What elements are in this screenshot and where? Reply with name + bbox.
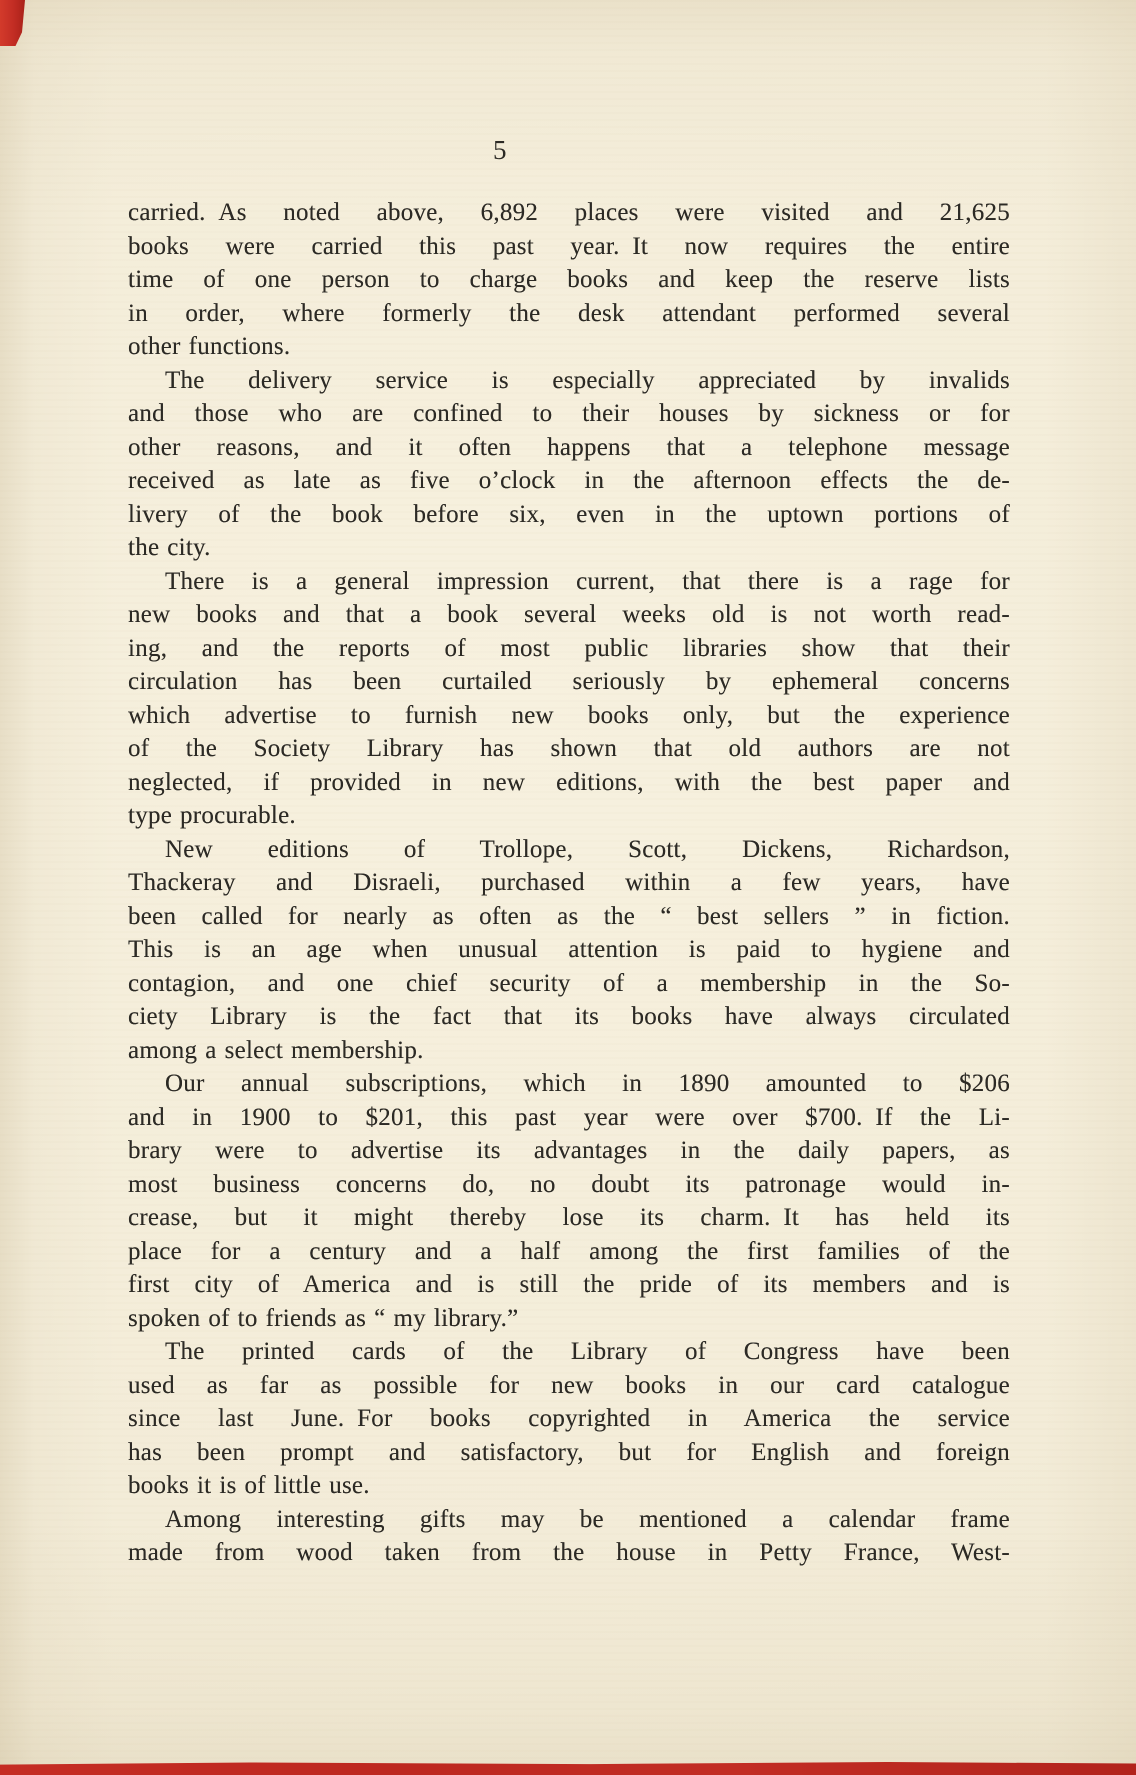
scan-artifact-top-left — [0, 0, 25, 46]
page-text: carried. As noted above, 6,892 places we… — [128, 196, 1010, 1570]
text-line: the city. — [128, 531, 1010, 565]
text-line: Thackeray and Disraeli, purchased within… — [128, 866, 1010, 900]
text-line: The printed cards of the Library of Cong… — [128, 1335, 1010, 1369]
text-line: neglected, if provided in new editions, … — [128, 766, 1010, 800]
text-line: This is an age when unusual attention is… — [128, 933, 1010, 967]
text-line: and those who are confined to their hous… — [128, 397, 1010, 431]
text-line: new books and that a book several weeks … — [128, 598, 1010, 632]
scanned-page: 5 carried. As noted above, 6,892 places … — [0, 0, 1136, 1775]
text-line: ing, and the reports of most public libr… — [128, 632, 1010, 666]
text-line: livery of the book before six, even in t… — [128, 498, 1010, 532]
text-line: crease, but it might thereby lose its ch… — [128, 1201, 1010, 1235]
scan-artifact-bottom-strip — [0, 1762, 1136, 1775]
text-line: ciety Library is the fact that its books… — [128, 1000, 1010, 1034]
text-line: books were carried this past year. It no… — [128, 230, 1010, 264]
text-line: New editions of Trollope, Scott, Dickens… — [128, 833, 1010, 867]
text-line: time of one person to charge books and k… — [128, 263, 1010, 297]
text-line: first city of America and is still the p… — [128, 1268, 1010, 1302]
text-line: carried. As noted above, 6,892 places we… — [128, 196, 1010, 230]
text-line: other reasons, and it often happens that… — [128, 431, 1010, 465]
text-line: received as late as five o’clock in the … — [128, 464, 1010, 498]
text-line: type procurable. — [128, 799, 1010, 833]
text-line: most business concerns do, no doubt its … — [128, 1168, 1010, 1202]
text-line: contagion, and one chief security of a m… — [128, 967, 1010, 1001]
text-line: since last June. For books copyrighted i… — [128, 1402, 1010, 1436]
text-line: made from wood taken from the house in P… — [128, 1536, 1010, 1570]
text-line: and in 1900 to $201, this past year were… — [128, 1101, 1010, 1135]
text-line: brary were to advertise its advantages i… — [128, 1134, 1010, 1168]
text-line: been called for nearly as often as the “… — [128, 900, 1010, 934]
text-line: The delivery service is especially appre… — [128, 364, 1010, 398]
text-line: circulation has been curtailed seriously… — [128, 665, 1010, 699]
text-line: Among interesting gifts may be mentioned… — [128, 1503, 1010, 1537]
text-line: used as far as possible for new books in… — [128, 1369, 1010, 1403]
text-line: Our annual subscriptions, which in 1890 … — [128, 1067, 1010, 1101]
text-line: in order, where formerly the desk attend… — [128, 297, 1010, 331]
text-line: which advertise to furnish new books onl… — [128, 699, 1010, 733]
page-number: 5 — [0, 132, 1000, 168]
text-line: among a select membership. — [128, 1034, 1010, 1068]
text-line: other functions. — [128, 330, 1010, 364]
text-line: has been prompt and satisfactory, but fo… — [128, 1436, 1010, 1470]
text-line: of the Society Library has shown that ol… — [128, 732, 1010, 766]
text-line: place for a century and a half among the… — [128, 1235, 1010, 1269]
text-line: There is a general impression current, t… — [128, 565, 1010, 599]
text-line: spoken of to friends as “ my library.” — [128, 1302, 1010, 1336]
text-line: books it is of little use. — [128, 1469, 1010, 1503]
